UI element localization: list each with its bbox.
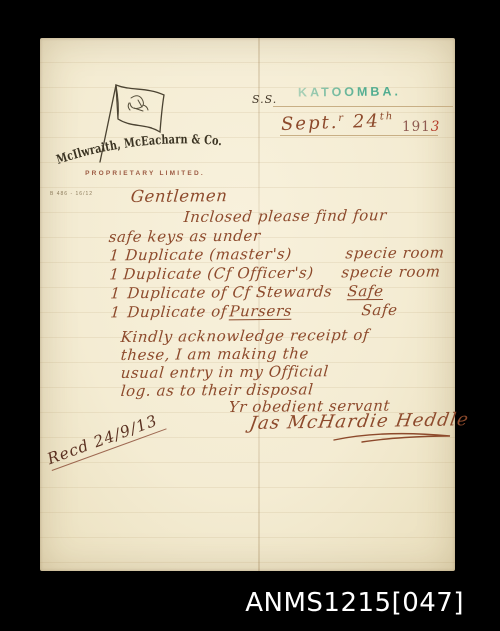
key-location: specie room bbox=[341, 263, 442, 282]
key-qty: 1 bbox=[110, 303, 122, 321]
date-day: 24 bbox=[353, 111, 381, 133]
company-name-arc: McIlwraith, McEacharn & Co. bbox=[52, 122, 234, 170]
company-subtitle: PROPRIETARY LIMITED. bbox=[82, 170, 208, 177]
handwritten-date: Sept.r 24th bbox=[281, 110, 395, 135]
signature-flourish bbox=[332, 430, 454, 444]
ss-prefix-label: S.S. bbox=[252, 93, 277, 106]
company-name: McIlwraith, McEacharn & Co. bbox=[54, 131, 222, 166]
key-location: Safe bbox=[361, 301, 399, 319]
salutation: Gentlemen bbox=[130, 186, 228, 206]
closing-line: Kindly acknowledge receipt of bbox=[120, 326, 370, 346]
closing-line: these, I am making the bbox=[120, 344, 310, 364]
date-month-superscript: r bbox=[338, 113, 345, 124]
key-location: Safe bbox=[347, 282, 385, 300]
year: 1913 bbox=[402, 119, 440, 135]
key-qty: 1 bbox=[110, 284, 122, 302]
key-item: Duplicate of bbox=[127, 302, 228, 321]
key-location: specie room bbox=[345, 243, 446, 262]
catalog-number: ANMS1215[047] bbox=[245, 588, 464, 618]
year-printed: 191 bbox=[402, 119, 431, 135]
svg-text:McIlwraith, McEacharn & Co.: McIlwraith, McEacharn & Co. bbox=[54, 131, 222, 166]
letter-page: McIlwraith, McEacharn & Co. PROPRIETARY … bbox=[40, 38, 455, 571]
key-qty: 1 bbox=[109, 246, 121, 264]
ship-name-rule bbox=[273, 106, 453, 107]
flag-crest-lion bbox=[128, 96, 148, 111]
print-code: B 486 - 16/12 bbox=[50, 191, 93, 197]
closing-line: usual entry in my Official bbox=[120, 362, 330, 382]
date-month: Sept. bbox=[281, 112, 339, 135]
opening-line: safe keys as under bbox=[108, 227, 261, 246]
year-handwritten: 3 bbox=[431, 119, 441, 135]
scan-background: McIlwraith, McEacharn & Co. PROPRIETARY … bbox=[0, 0, 500, 631]
key-item-underlined: Pursers bbox=[229, 302, 293, 321]
key-qty: 1 bbox=[109, 265, 121, 283]
key-item: Duplicate (master's) bbox=[125, 245, 293, 264]
date-day-superscript: th bbox=[380, 111, 395, 122]
opening-line: Inclosed please find four bbox=[183, 206, 388, 226]
date-rule bbox=[280, 135, 438, 136]
ship-name-stamp: KATOOMBA. bbox=[298, 84, 401, 99]
key-item: Duplicate of Cf Stewards bbox=[127, 282, 333, 302]
received-annotation: Recd 24/9/13 bbox=[45, 409, 167, 471]
key-item: Duplicate (Cf Officer's) bbox=[123, 264, 315, 284]
